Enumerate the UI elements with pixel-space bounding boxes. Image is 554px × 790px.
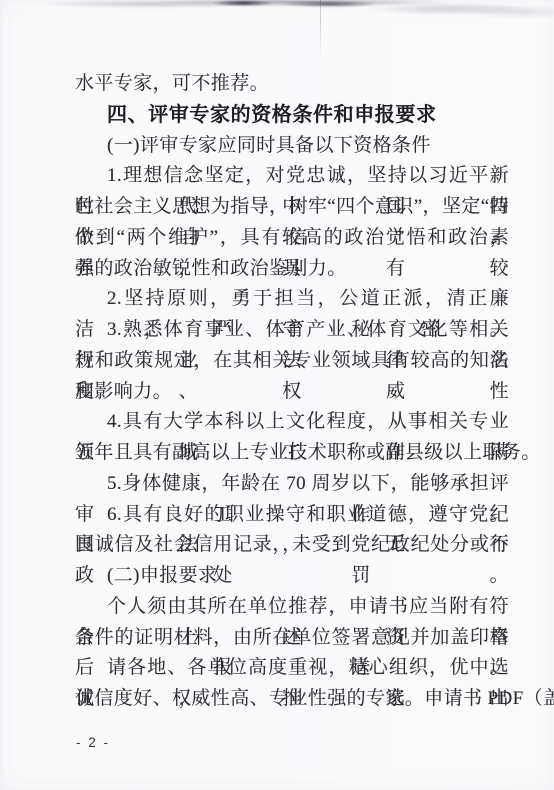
section-heading: 四、评审专家的资格条件和申报要求 <box>75 100 509 131</box>
text-line: 请各地、各单位高度重视，精心组织，优中选优，推选出 <box>75 653 509 684</box>
text-line: 2.坚持原则，勇于担当，公道正派，清正廉洁，严守秘密。 <box>75 284 509 315</box>
text-line: 6.具有良好的职业操守和职业道德，遵守党纪国法，无不 <box>75 500 509 531</box>
text-line: 良诚信及社会信用记录，未受到党纪政纪处分或行政处罚。 <box>75 530 509 561</box>
page-number: - 2 - <box>76 735 110 750</box>
text-line: 诚信度好、权威性高、专业性强的专家。申请书 PDF（盖章） <box>75 684 509 715</box>
scan-line-artifact <box>320 0 321 62</box>
scan-noise-artifact <box>0 0 554 26</box>
text-line: 色社会主义思想为指导，树牢“四个意识”，坚定“四个自信”， <box>75 192 509 223</box>
text-line: 3.熟悉体育事业、体育产业、体育文化等相关行业法律法 <box>75 315 509 346</box>
text-line: 个人须由其所在单位推荐，申请书应当附有符合上述资格 <box>75 592 509 623</box>
text-line: 水平专家，可不推荐。 <box>75 69 509 100</box>
text-line: 条件的证明材料，由所在单位签署意见并加盖印章后报送。 <box>75 623 509 654</box>
subsection-heading: (一)评审专家应同时具备以下资格条件 <box>75 131 509 162</box>
text-line: 规和政策规定，在其相关专业领域具有较高的知名度、权威性 <box>75 346 509 377</box>
document-body: 水平专家，可不推荐。 四、评审专家的资格条件和申报要求 (一)评审专家应同时具备… <box>75 69 509 715</box>
text-line: 1.理想信念坚定，对党忠诚，坚持以习近平新时代中国特 <box>75 161 509 192</box>
scanned-document-page: 水平专家，可不推荐。 四、评审专家的资格条件和申报要求 (一)评审专家应同时具备… <box>0 0 554 790</box>
text-line: 五年且具有副高以上专业技术职称或副县级以上职务。 <box>75 438 509 469</box>
text-line: 4.具有大学本科以上文化程度，从事相关专业领域工作满 <box>75 407 509 438</box>
text-line: 做到“两个维护”，具有较高的政治觉悟和政治素养，具有较 <box>75 223 509 254</box>
text-line: 5.身体健康，年龄在 70 周岁以下，能够承担评审工作。 <box>75 469 509 500</box>
